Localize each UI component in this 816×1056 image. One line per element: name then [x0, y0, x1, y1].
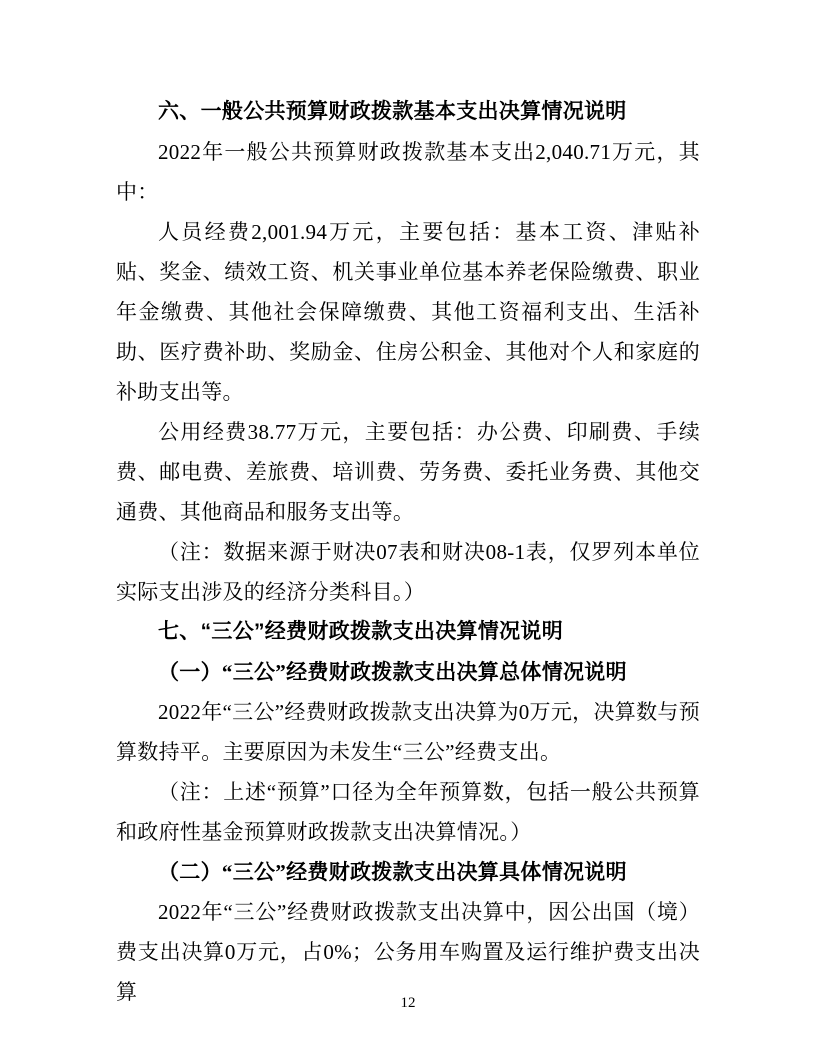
document-body: 六、一般公共预算财政拨款基本支出决算情况说明 2022年一般公共预算财政拨款基本…: [116, 92, 700, 1012]
paragraph-basic-expense: 2022年一般公共预算财政拨款基本支出2,040.71万元，其中：: [116, 132, 700, 212]
note-data-source: （注：数据来源于财决07表和财决08-1表，仅罗列本单位实际支出涉及的经济分类科…: [116, 532, 700, 612]
paragraph-personnel-fund: 人员经费2,001.94万元，主要包括：基本工资、津贴补贴、奖金、绩效工资、机关…: [116, 212, 700, 412]
document-page: 六、一般公共预算财政拨款基本支出决算情况说明 2022年一般公共预算财政拨款基本…: [0, 0, 816, 1056]
section-heading-7: 七、“三公”经费财政拨款支出决算情况说明: [116, 612, 700, 652]
paragraph-sangong-total: 2022年“三公”经费财政拨款支出决算为0万元，决算数与预算数持平。主要原因为未…: [116, 692, 700, 772]
paragraph-public-fund: 公用经费38.77万元，主要包括：办公费、印刷费、手续费、邮电费、差旅费、培训费…: [116, 412, 700, 532]
page-number: 12: [0, 994, 816, 1012]
note-budget-scope: （注：上述“预算”口径为全年预算数，包括一般公共预算和政府性基金预算财政拨款支出…: [116, 772, 700, 852]
subsection-heading-2: （二）“三公”经费财政拨款支出决算具体情况说明: [116, 852, 700, 892]
subsection-heading-1: （一）“三公”经费财政拨款支出决算总体情况说明: [116, 652, 700, 692]
section-heading-6: 六、一般公共预算财政拨款基本支出决算情况说明: [116, 92, 700, 132]
